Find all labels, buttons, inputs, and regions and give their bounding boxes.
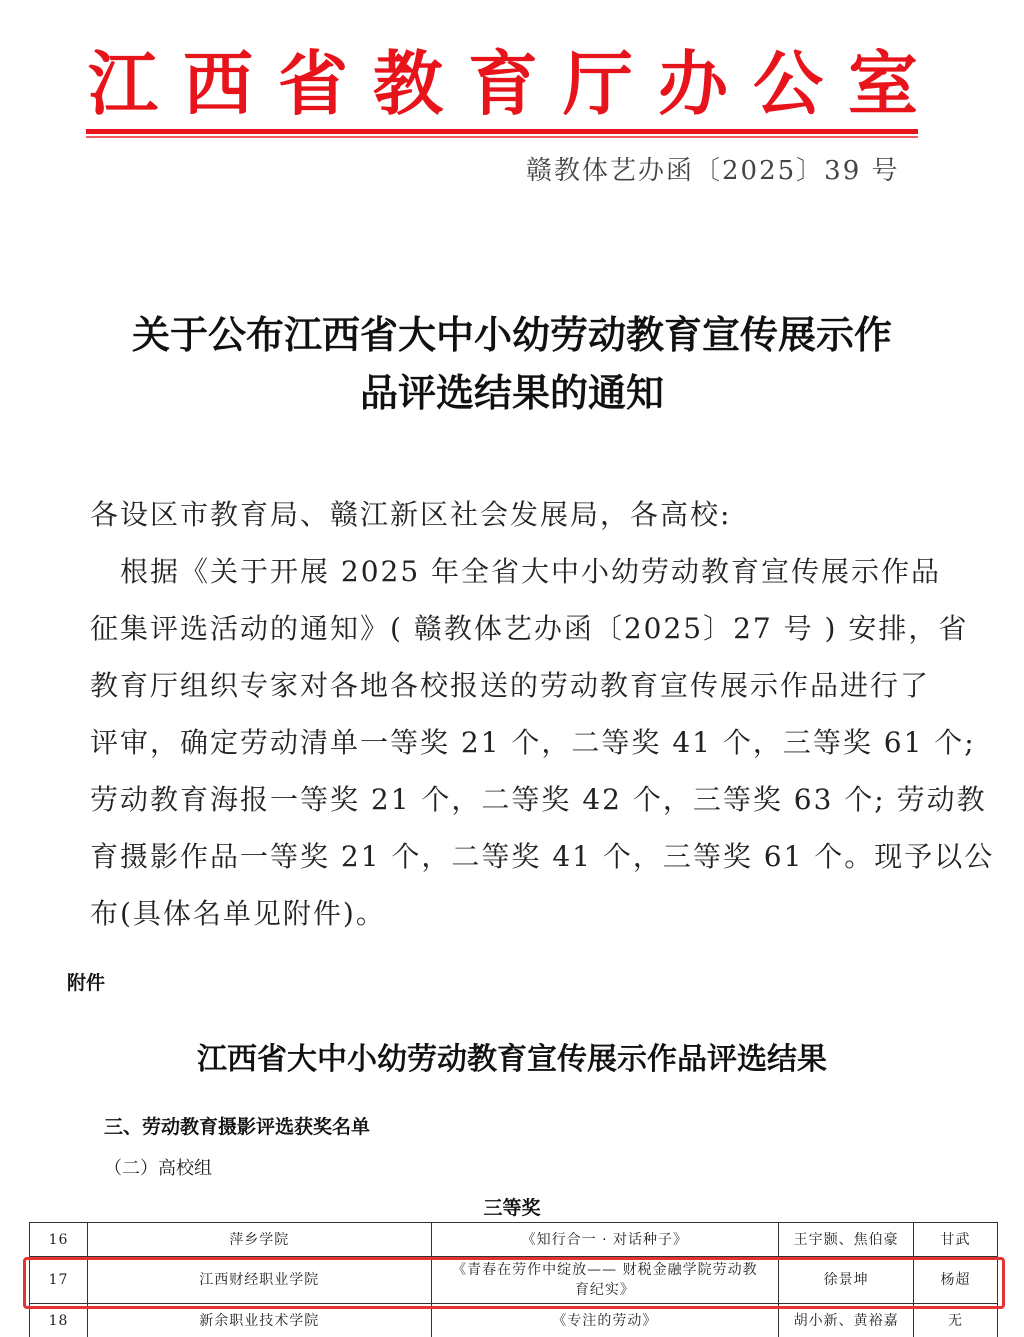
- section-heading: 三、劳动教育摄影评选获奖名单: [104, 1112, 370, 1139]
- cell-number: 17: [30, 1257, 88, 1304]
- letterhead-char: 厅: [563, 44, 633, 124]
- cell-work: 《青春在劳作中绽放—— 财税金融学院劳动教育纪实》: [431, 1257, 779, 1304]
- cell-author: 王宇颢、焦伯豪: [779, 1223, 914, 1257]
- body-line: 征集评选活动的通知》( 赣教体艺办函〔2025〕27 号 ) 安排，省: [90, 600, 920, 657]
- prize-level-title: 三等奖: [0, 1193, 1024, 1220]
- cell-work: 《知行合一 · 对话种子》: [431, 1223, 779, 1257]
- cell-work: 《专注的劳动》: [431, 1304, 779, 1337]
- table-row-highlighted: 17 江西财经职业学院 《青春在劳作中绽放—— 财税金融学院劳动教育纪实》 徐景…: [30, 1257, 998, 1304]
- cell-school: 萍乡学院: [87, 1223, 431, 1257]
- letterhead-divider-thin: [86, 136, 918, 138]
- cell-author: 胡小新、黄裕嘉: [779, 1304, 914, 1337]
- cell-number: 16: [30, 1223, 88, 1257]
- body-line: 育摄影作品一等奖 21 个，二等奖 41 个，三等奖 61 个。现予以公: [90, 828, 920, 885]
- table-row: 16 萍乡学院 《知行合一 · 对话种子》 王宇颢、焦伯豪 甘武: [30, 1223, 998, 1257]
- letterhead-char: 育: [468, 44, 538, 124]
- body-line: 根据《关于开展 2025 年全省大中小幼劳动教育宣传展示作品: [90, 543, 920, 600]
- subsection-heading: （二）高校组: [104, 1154, 212, 1180]
- cell-school: 江西财经职业学院: [87, 1257, 431, 1304]
- table-row: 18 新余职业技术学院 《专注的劳动》 胡小新、黄裕嘉 无: [30, 1304, 998, 1337]
- notice-title-line2: 品评选结果的通知: [60, 364, 964, 422]
- awards-table: 16 萍乡学院 《知行合一 · 对话种子》 王宇颢、焦伯豪 甘武 17 江西财经…: [29, 1222, 998, 1337]
- letterhead-divider: [86, 129, 918, 134]
- document-number: 赣教体艺办函〔2025〕39 号: [526, 150, 900, 187]
- body-line: 评审，确定劳动清单一等奖 21 个，二等奖 41 个，三等奖 61 个;: [90, 714, 920, 771]
- letterhead-char: 省: [278, 44, 348, 124]
- body-line: 劳动教育海报一等奖 21 个，二等奖 42 个，三等奖 63 个; 劳动教: [90, 771, 920, 828]
- cell-advisor: 无: [914, 1304, 998, 1337]
- letterhead-char: 教: [373, 44, 443, 124]
- cell-school: 新余职业技术学院: [87, 1304, 431, 1337]
- attachment-label: 附件: [67, 968, 105, 995]
- letterhead-char: 办: [658, 44, 728, 124]
- letterhead-char: 西: [183, 44, 253, 124]
- cell-number: 18: [30, 1304, 88, 1337]
- cell-advisor: 甘武: [914, 1223, 998, 1257]
- letterhead-char: 室: [848, 44, 918, 124]
- cell-author: 徐景坤: [779, 1257, 914, 1304]
- letterhead-char: 江: [88, 44, 158, 124]
- body-line: 布(具体名单见附件)。: [90, 885, 920, 942]
- letterhead: 江 西 省 教 育 厅 办 公 室: [88, 44, 918, 124]
- cell-advisor: 杨超: [914, 1257, 998, 1304]
- notice-title-line1: 关于公布江西省大中小幼劳动教育宣传展示作: [60, 306, 964, 364]
- salutation: 各设区市教育局、赣江新区社会发展局，各高校:: [90, 486, 920, 543]
- results-title: 江西省大中小幼劳动教育宣传展示作品评选结果: [0, 1034, 1024, 1078]
- letterhead-char: 公: [753, 44, 823, 124]
- body-line: 教育厅组织专家对各地各校报送的劳动教育宣传展示作品进行了: [90, 657, 920, 714]
